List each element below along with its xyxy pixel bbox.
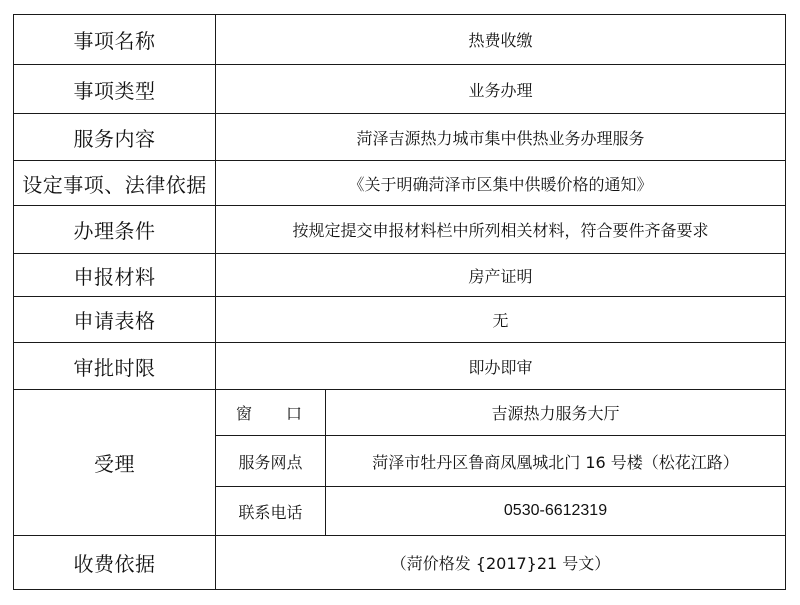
- label-materials: 申报材料: [14, 254, 216, 297]
- value-phone: 0530-6612319: [326, 487, 786, 536]
- value-materials: 房产证明: [216, 254, 786, 297]
- label-conditions: 办理条件: [14, 206, 216, 254]
- value-fee-basis: （菏价格发 {2017}21 号文）: [216, 536, 786, 590]
- value-item-name: 热费收缴: [216, 15, 786, 65]
- label-legal-basis: 设定事项、法律依据: [14, 161, 216, 206]
- label-window: 窗口: [216, 390, 326, 436]
- row-item-type: 事项类型 业务办理: [14, 65, 786, 114]
- value-item-type: 业务办理: [216, 65, 786, 114]
- row-materials: 申报材料 房产证明: [14, 254, 786, 297]
- label-service-content: 服务内容: [14, 114, 216, 161]
- row-conditions: 办理条件 按规定提交申报材料栏中所列相关材料，符合要件齐备要求: [14, 206, 786, 254]
- row-time-limit: 审批时限 即办即审: [14, 343, 786, 390]
- value-forms: 无: [216, 297, 786, 343]
- label-forms: 申请表格: [14, 297, 216, 343]
- row-forms: 申请表格 无: [14, 297, 786, 343]
- value-window: 吉源热力服务大厅: [326, 390, 786, 436]
- label-window-char2: 口: [286, 404, 302, 423]
- value-conditions: 按规定提交申报材料栏中所列相关材料，符合要件齐备要求: [216, 206, 786, 254]
- label-item-name: 事项名称: [14, 15, 216, 65]
- row-service-content: 服务内容 菏泽吉源热力城市集中供热业务办理服务: [14, 114, 786, 161]
- label-fee-basis: 收费依据: [14, 536, 216, 590]
- row-fee-basis: 收费依据 （菏价格发 {2017}21 号文）: [14, 536, 786, 590]
- row-acceptance-window: 受理 窗口 吉源热力服务大厅: [14, 390, 786, 436]
- value-legal-basis: 《关于明确菏泽市区集中供暖价格的通知》: [216, 161, 786, 206]
- value-service-point: 菏泽市牡丹区鲁商凤凰城北门 16 号楼（松花江路）: [326, 436, 786, 487]
- label-time-limit: 审批时限: [14, 343, 216, 390]
- label-phone: 联系电话: [216, 487, 326, 536]
- value-service-content: 菏泽吉源热力城市集中供热业务办理服务: [216, 114, 786, 161]
- service-info-table: 事项名称 热费收缴 事项类型 业务办理 服务内容 菏泽吉源热力城市集中供热业务办…: [13, 14, 786, 590]
- label-item-type: 事项类型: [14, 65, 216, 114]
- label-acceptance: 受理: [14, 390, 216, 536]
- row-legal-basis: 设定事项、法律依据 《关于明确菏泽市区集中供暖价格的通知》: [14, 161, 786, 206]
- label-window-char1: 窗: [236, 401, 286, 424]
- label-service-point: 服务网点: [216, 436, 326, 487]
- value-time-limit: 即办即审: [216, 343, 786, 390]
- row-item-name: 事项名称 热费收缴: [14, 15, 786, 65]
